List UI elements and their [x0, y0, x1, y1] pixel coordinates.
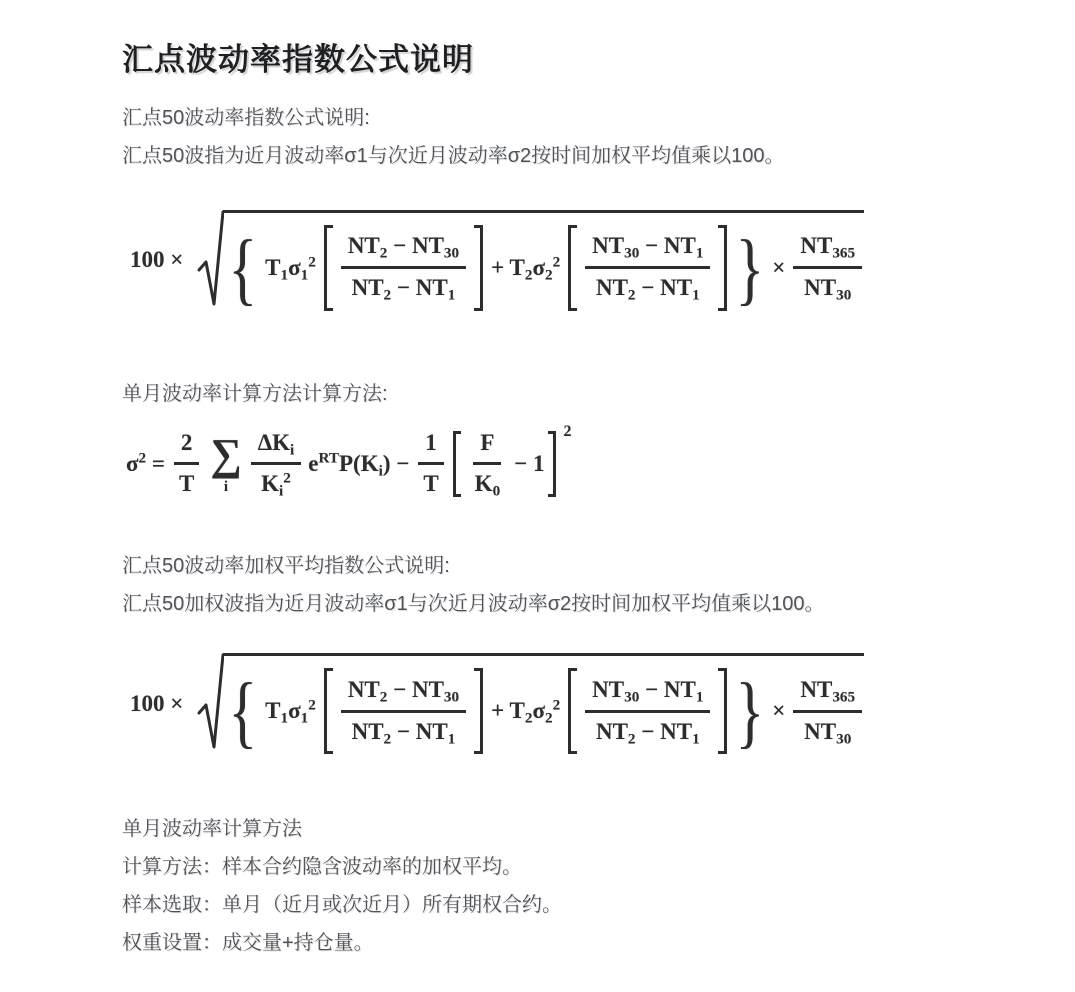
sigma-fraction-1: 2 T	[172, 429, 201, 500]
vix-formula-2: 100 × { T1σ12 NT2 − NT30 NT2 − NT1 + T2σ…	[130, 653, 1015, 754]
vix-fraction-2: NT30 − NT1 NT2 − NT1	[585, 232, 710, 303]
minus-one-term: − 1	[514, 451, 544, 477]
outer-exponent: 2	[564, 423, 572, 441]
fraction-numerator: 1	[418, 429, 444, 466]
fraction-denominator: Ki2	[254, 465, 298, 499]
open-bracket-icon	[568, 668, 577, 754]
fraction-denominator: NT2 − NT1	[589, 269, 707, 303]
sqrt-content: { T1σ12 NT2 − NT30 NT2 − NT1 + T2σ22 NT3…	[223, 653, 864, 754]
fraction-numerator: NT2 − NT30	[341, 676, 466, 713]
close-bracket-icon	[474, 225, 483, 311]
vix-term2: + T2σ22	[491, 698, 560, 724]
sqrt-group: { T1σ12 NT2 − NT30 NT2 − NT1 + T2σ22 NT3…	[197, 653, 864, 754]
close-bracket-icon	[718, 668, 727, 754]
vix-prefix: 100 ×	[130, 247, 183, 273]
sigma-fraction-4: F K0	[468, 429, 507, 500]
vix-term2: + T2σ22	[491, 255, 560, 281]
fraction-numerator: ΔKi	[251, 429, 302, 466]
vix-prefix: 100 ×	[130, 691, 183, 717]
weighted-line-2: 汇点50加权波指为近月波动率σ1与次近月波动率σ2按时间加权平均值乘以100。	[122, 585, 1015, 623]
fraction-denominator: K0	[468, 465, 507, 499]
sigma-fraction-3: 1 T	[416, 429, 445, 500]
vix-fraction-1: NT2 − NT30 NT2 − NT1	[341, 232, 466, 303]
sigma-lhs: σ2 =	[126, 451, 165, 477]
sigma-middle-term: eRTP(Ki) −	[308, 451, 409, 477]
vix-fraction-3: NT365 NT30	[793, 676, 862, 747]
close-brace: }	[735, 227, 764, 308]
fraction-denominator: NT30	[797, 713, 858, 747]
monthly-heading: 单月波动率计算方法计算方法:	[122, 375, 1015, 413]
open-brace: {	[228, 671, 257, 752]
open-bracket-icon	[568, 225, 577, 311]
open-bracket-icon	[324, 225, 333, 311]
times-operator: ×	[772, 698, 785, 724]
document-page: 汇点波动率指数公式说明 汇点50波动率指数公式说明: 汇点50波指为近月波动率σ…	[0, 0, 1075, 962]
method-line-2: 计算方法：样本合约隐含波动率的加权平均。	[122, 848, 1015, 886]
vix-term1: T1σ12	[265, 698, 316, 724]
vix-term1: T1σ12	[265, 255, 316, 281]
summation-symbol: ∑ i	[210, 433, 241, 495]
fraction-denominator: NT30	[797, 269, 858, 303]
radical-sign-icon	[197, 210, 224, 310]
fraction-denominator: NT2 − NT1	[589, 713, 707, 747]
intro-paragraph: 汇点50波动率指数公式说明: 汇点50波指为近月波动率σ1与次近月波动率σ2按时…	[122, 99, 1015, 175]
fraction-denominator: T	[416, 465, 445, 499]
open-bracket-icon	[453, 431, 461, 497]
fraction-numerator: NT30 − NT1	[585, 232, 710, 269]
sigma-fraction-2: ΔKi Ki2	[251, 429, 302, 500]
sqrt-content: { T1σ12 NT2 − NT30 NT2 − NT1 + T2σ22 NT3…	[223, 210, 864, 311]
fraction-numerator: NT365	[793, 676, 862, 713]
intro-line-2: 汇点50波指为近月波动率σ1与次近月波动率σ2按时间加权平均值乘以100。	[122, 137, 1015, 175]
fraction-numerator: 2	[174, 429, 200, 466]
fraction-denominator: T	[172, 465, 201, 499]
vix-fraction-1: NT2 − NT30 NT2 − NT1	[341, 676, 466, 747]
method-line-1: 单月波动率计算方法	[122, 810, 1015, 848]
fraction-numerator: NT2 − NT30	[341, 232, 466, 269]
method-line-4: 权重设置：成交量+持仓量。	[122, 924, 1015, 962]
weighted-paragraph: 汇点50波动率加权平均指数公式说明: 汇点50加权波指为近月波动率σ1与次近月波…	[122, 547, 1015, 623]
sigma-formula: σ2 = 2 T ∑ i ΔKi Ki2 eRTP(Ki) − 1 T F K0…	[126, 429, 1015, 500]
close-brace: }	[735, 671, 764, 752]
open-bracket-icon	[324, 668, 333, 754]
vix-formula-1: 100 × { T1σ12 NT2 − NT30 NT2 − NT1 + T2σ…	[130, 210, 1015, 311]
fraction-denominator: NT2 − NT1	[345, 713, 463, 747]
weighted-line-1: 汇点50波动率加权平均指数公式说明:	[122, 547, 1015, 585]
fraction-numerator: NT30 − NT1	[585, 676, 710, 713]
intro-line-1: 汇点50波动率指数公式说明:	[122, 99, 1015, 137]
close-bracket-icon	[474, 668, 483, 754]
sum-sigma-icon: ∑	[210, 433, 241, 477]
sum-lower-limit: i	[224, 480, 228, 495]
method-paragraph: 单月波动率计算方法 计算方法：样本合约隐含波动率的加权平均。 样本选取：单月（近…	[122, 810, 1015, 962]
times-operator: ×	[772, 255, 785, 281]
method-line-3: 样本选取：单月（近月或次近月）所有期权合约。	[122, 886, 1015, 924]
page-title: 汇点波动率指数公式说明	[122, 42, 1015, 78]
vix-fraction-3: NT365 NT30	[793, 232, 862, 303]
fraction-denominator: NT2 − NT1	[345, 269, 463, 303]
open-brace: {	[228, 227, 257, 308]
sqrt-group: { T1σ12 NT2 − NT30 NT2 − NT1 + T2σ22 NT3…	[197, 210, 864, 311]
fraction-numerator: F	[473, 429, 501, 466]
close-bracket-icon	[718, 225, 727, 311]
radical-sign-icon	[197, 653, 224, 753]
fraction-numerator: NT365	[793, 232, 862, 269]
vix-fraction-2: NT30 − NT1 NT2 − NT1	[585, 676, 710, 747]
close-bracket-icon	[548, 431, 556, 497]
